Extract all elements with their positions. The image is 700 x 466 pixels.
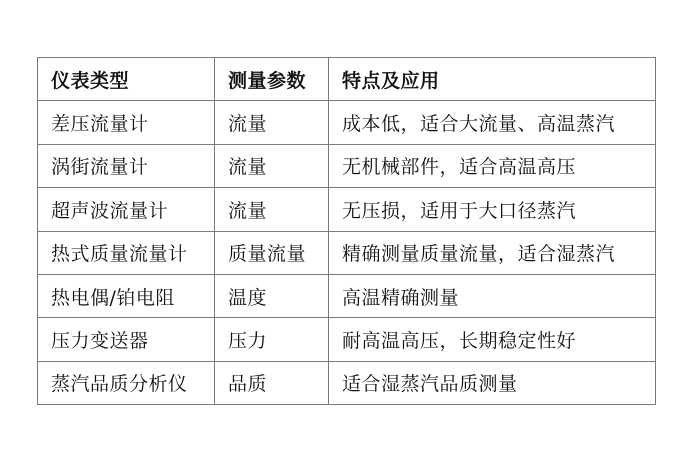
cell-features: 精确测量质量流量，适合湿蒸汽 xyxy=(329,231,656,274)
instrument-table: 仪表类型 测量参数 特点及应用 差压流量计 流量 成本低，适合大流量、高温蒸汽 … xyxy=(37,57,656,405)
cell-features: 无压损，适用于大口径蒸汽 xyxy=(329,188,656,231)
cell-instrument-type: 蒸汽品质分析仪 xyxy=(38,361,215,404)
cell-features: 适合湿蒸汽品质测量 xyxy=(329,361,656,404)
table-row: 热式质量流量计 质量流量 精确测量质量流量，适合湿蒸汽 xyxy=(38,231,656,274)
cell-measured-parameter: 流量 xyxy=(215,188,329,231)
cell-features: 无机械部件，适合高温高压 xyxy=(329,144,656,187)
table-row: 涡街流量计 流量 无机械部件，适合高温高压 xyxy=(38,144,656,187)
cell-instrument-type: 热电偶/铂电阻 xyxy=(38,274,215,317)
header-instrument-type: 仪表类型 xyxy=(38,58,215,101)
cell-measured-parameter: 品质 xyxy=(215,361,329,404)
header-features-applications: 特点及应用 xyxy=(329,58,656,101)
cell-instrument-type: 热式质量流量计 xyxy=(38,231,215,274)
cell-features: 高温精确测量 xyxy=(329,274,656,317)
table-row: 蒸汽品质分析仪 品质 适合湿蒸汽品质测量 xyxy=(38,361,656,404)
cell-measured-parameter: 压力 xyxy=(215,318,329,361)
cell-measured-parameter: 质量流量 xyxy=(215,231,329,274)
cell-instrument-type: 超声波流量计 xyxy=(38,188,215,231)
cell-features: 耐高温高压，长期稳定性好 xyxy=(329,318,656,361)
table-row: 热电偶/铂电阻 温度 高温精确测量 xyxy=(38,274,656,317)
table-row: 差压流量计 流量 成本低，适合大流量、高温蒸汽 xyxy=(38,101,656,144)
cell-measured-parameter: 流量 xyxy=(215,144,329,187)
cell-instrument-type: 压力变送器 xyxy=(38,318,215,361)
cell-measured-parameter: 温度 xyxy=(215,274,329,317)
cell-instrument-type: 涡街流量计 xyxy=(38,144,215,187)
table-row: 超声波流量计 流量 无压损，适用于大口径蒸汽 xyxy=(38,188,656,231)
table-row: 压力变送器 压力 耐高温高压，长期稳定性好 xyxy=(38,318,656,361)
header-measured-parameter: 测量参数 xyxy=(215,58,329,101)
cell-features: 成本低，适合大流量、高温蒸汽 xyxy=(329,101,656,144)
cell-instrument-type: 差压流量计 xyxy=(38,101,215,144)
cell-measured-parameter: 流量 xyxy=(215,101,329,144)
table-header-row: 仪表类型 测量参数 特点及应用 xyxy=(38,58,656,101)
